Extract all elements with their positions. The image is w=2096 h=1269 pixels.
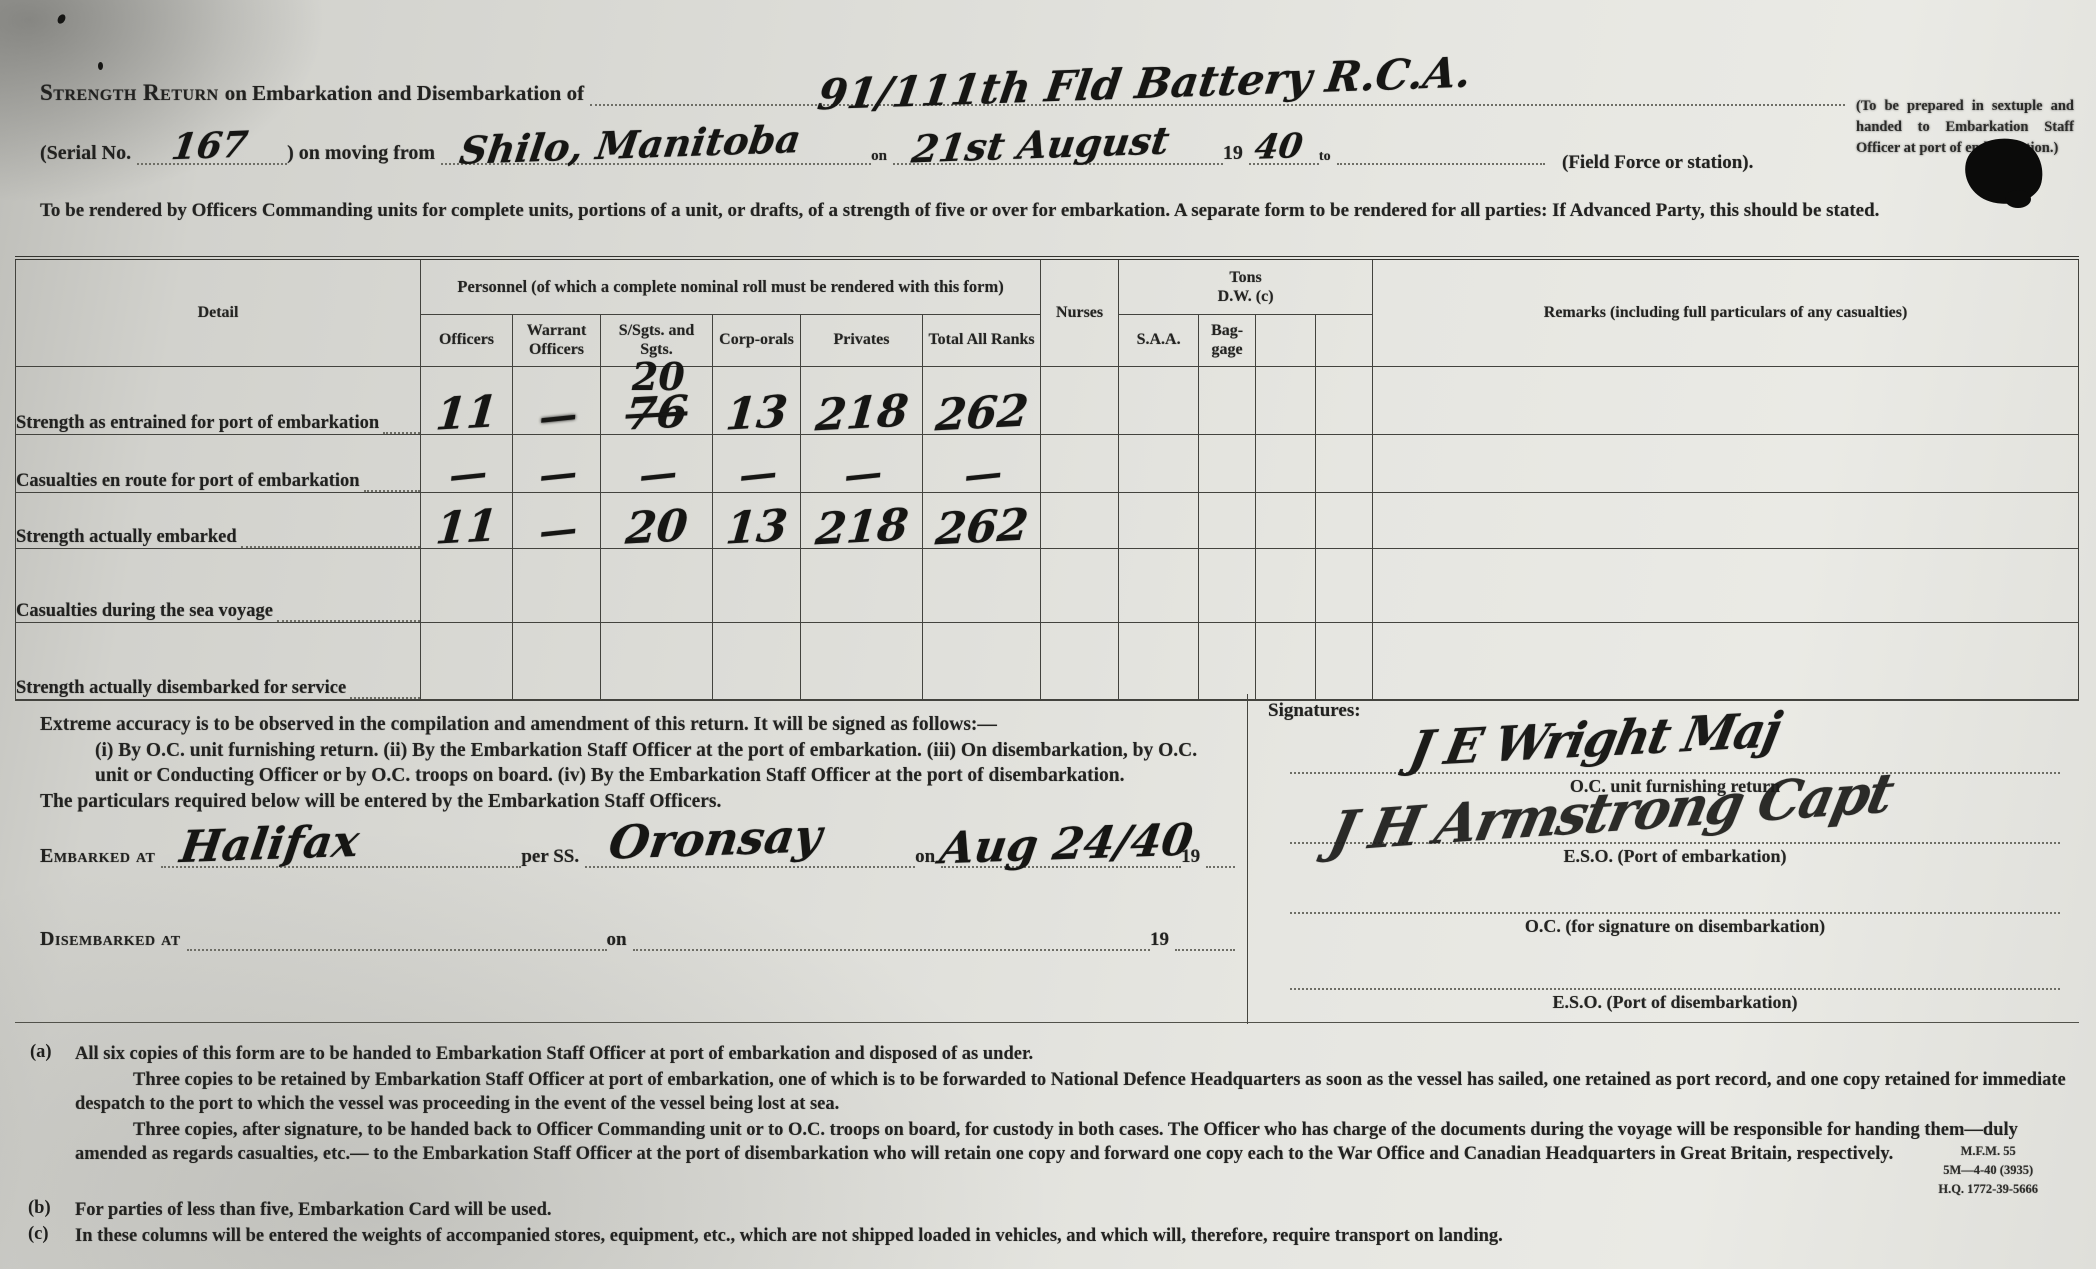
signature-oc-unit-handwritten: J E Wright Maj xyxy=(1405,702,1784,778)
disembarked-place-field xyxy=(187,941,607,951)
col-header-nurses: Nurses xyxy=(1041,258,1119,366)
unit-field: 91/111th Fld Battery R.C.A. xyxy=(590,96,1845,106)
ship-handwritten: Oronsay xyxy=(606,808,826,869)
signature-line-eso-disembark xyxy=(1290,988,2060,990)
cell-value: — xyxy=(537,399,576,433)
row-label: Strength actually embarked xyxy=(16,527,237,548)
col-header-warrant-officers: Warrant Officers xyxy=(513,314,601,366)
cell-value: — xyxy=(842,457,881,491)
row-label: Strength as entrained for port of embark… xyxy=(16,413,379,434)
cell-value: 13 xyxy=(724,392,789,435)
signatures-heading: Signatures: xyxy=(1268,700,1361,722)
signatures-divider xyxy=(1247,694,1248,1024)
col-header-detail: Detail xyxy=(16,258,421,366)
embarked-place-handwritten: Halifax xyxy=(177,816,362,873)
instructions-paragraph: To be rendered by Officers Commanding un… xyxy=(40,198,2070,224)
form-reference-numbers: M.F.M. 55 5M—4-40 (3935) H.Q. 1772-39-56… xyxy=(1938,1142,2038,1198)
disembarked-on-label: on xyxy=(607,929,633,951)
footnote-b-label: (b) xyxy=(28,1198,51,1219)
date-field: 21st August xyxy=(893,155,1223,165)
form-title-smallcaps: Strength Return xyxy=(40,80,225,106)
cell-value: 218 xyxy=(814,506,910,550)
cell-value: — xyxy=(537,513,576,547)
cell-value: — xyxy=(447,457,486,491)
ship-field: Oronsay xyxy=(585,858,915,868)
on-label: on xyxy=(871,148,893,165)
footnote-a-para1: Three copies to be retained by Embarkati… xyxy=(75,1068,2070,1117)
col-header-officers: Officers xyxy=(421,314,513,366)
disembarked-year-prefix: 19 xyxy=(1150,929,1175,951)
form-ref-3: H.Q. 1772-39-5666 xyxy=(1938,1180,2038,1199)
footnote-a-para2: Three copies, after signature, to be han… xyxy=(75,1118,2070,1167)
year-prefix: 19 xyxy=(1223,142,1249,165)
accuracy-paragraph: Extreme accuracy is to be observed in th… xyxy=(40,712,1235,815)
form-ref-1: M.F.M. 55 xyxy=(1938,1142,2038,1161)
disembarked-line: Disembarked at on 19 xyxy=(40,928,1235,951)
serial-label: (Serial No. xyxy=(40,142,137,165)
accuracy-line3: The particulars required below will be e… xyxy=(40,791,721,812)
scan-speck xyxy=(56,13,67,25)
per-ss-label: per SS. xyxy=(521,846,585,868)
disembarked-year-field xyxy=(1175,941,1235,951)
prep-note: (To be prepared in sextuple and handed t… xyxy=(1856,96,2074,159)
bottom-rule xyxy=(15,1022,2079,1023)
cell-value: 11 xyxy=(434,392,499,435)
signature-line-oc-disembark xyxy=(1290,912,2060,914)
accuracy-line2: (i) By O.C. unit furnishing return. (ii)… xyxy=(95,738,1235,789)
signature-label-oc-disembark: O.C. (for signature on disembarkation) xyxy=(1290,916,2060,937)
form-title-rest: on Embarkation and Disembarkation of xyxy=(225,81,590,106)
col-header-corporals: Corp-orals xyxy=(713,314,801,366)
col-header-tons-blank1 xyxy=(1256,314,1316,366)
embarked-at-label: Embarked at xyxy=(40,845,161,868)
year-handwritten: 40 xyxy=(1252,126,1305,168)
origin-field: Shilo, Manitoba xyxy=(441,155,871,165)
date-handwritten: 21st August xyxy=(909,118,1172,172)
footnote-a-text: All six copies of this form are to be ha… xyxy=(75,1042,2065,1066)
table-row: Strength actually embarked 11 — 20 13 21… xyxy=(16,492,2079,548)
row-label: Strength actually disembarked for servic… xyxy=(16,678,346,699)
cell-value: — xyxy=(537,457,576,491)
to-label: to xyxy=(1319,149,1337,165)
crossed-out-number: 76 xyxy=(624,392,689,435)
col-group-personnel: Personnel (of which a complete nominal r… xyxy=(421,258,1041,314)
cell-value: 11 xyxy=(434,506,499,549)
cell-value: 20 xyxy=(624,506,689,549)
scan-speck xyxy=(98,62,103,70)
footnote-c-label: (c) xyxy=(28,1224,49,1245)
col-header-saa: S.A.A. xyxy=(1119,314,1199,366)
table-row: Casualties en route for port of embarkat… xyxy=(16,434,2079,492)
col-group-tons: Tons D.W. (c) xyxy=(1119,258,1373,314)
serial-field: 167 xyxy=(137,155,287,165)
origin-handwritten: Shilo, Manitoba xyxy=(457,116,804,173)
destination-field xyxy=(1337,155,1545,165)
table-row: Strength as entrained for port of embark… xyxy=(16,366,2079,434)
cell-value: — xyxy=(637,457,676,491)
signature-label-eso-disembark: E.S.O. (Port of disembarkation) xyxy=(1290,992,2060,1013)
title-line: Strength Return on Embarkation and Disem… xyxy=(40,80,1845,106)
cell-value: 218 xyxy=(814,392,910,436)
disembarked-at-label: Disembarked at xyxy=(40,928,187,951)
field-force-label: (Field Force or station). xyxy=(1562,152,1753,174)
strength-table: Detail Personnel (of which a complete no… xyxy=(15,256,2079,701)
moving-from-label: ) on moving from xyxy=(287,142,441,165)
cell-value: 13 xyxy=(724,506,789,549)
col-header-total-all-ranks: Total All Ranks xyxy=(923,314,1041,366)
form-ref-2: 5M—4-40 (3935) xyxy=(1938,1161,2038,1180)
col-header-baggage: Bag-gage xyxy=(1199,314,1256,366)
serial-line: (Serial No. 167 ) on moving from Shilo, … xyxy=(40,142,1545,165)
footnote-b-text: For parties of less than five, Embarkati… xyxy=(75,1198,2065,1222)
cell-value: — xyxy=(737,457,776,491)
scanned-form-page: (To be prepared in sextuple and handed t… xyxy=(0,0,2096,1269)
col-header-tons-blank2 xyxy=(1316,314,1373,366)
serial-handwritten: 167 xyxy=(169,124,251,169)
embarked-line: Embarked at Halifax per SS. Oronsay on A… xyxy=(40,845,1235,868)
cell-value: — xyxy=(962,457,1001,491)
footnote-a-label: (a) xyxy=(30,1042,52,1063)
table-row: Casualties during the sea voyage xyxy=(16,548,2079,622)
row-label: Casualties en route for port of embarkat… xyxy=(16,471,360,492)
disembarked-date-field xyxy=(633,941,1150,951)
cell-corrected-value: 20 76 xyxy=(626,394,687,434)
cell-value: 262 xyxy=(934,392,1030,436)
embarked-date-field: Aug 24/40 xyxy=(941,858,1181,868)
cell-value: 262 xyxy=(934,506,1030,550)
embarked-place-field: Halifax xyxy=(161,858,521,868)
col-header-remarks: Remarks (including full particulars of a… xyxy=(1373,258,2079,366)
col-header-privates: Privates xyxy=(801,314,923,366)
unit-handwritten: 91/111th Fld Battery R.C.A. xyxy=(815,48,1475,120)
footnote-c-text: In these columns will be entered the wei… xyxy=(75,1224,2065,1248)
table-row: Strength actually disembarked for servic… xyxy=(16,622,2079,700)
embarked-date-handwritten: Aug 24/40 xyxy=(937,815,1196,875)
embarked-year-field xyxy=(1206,858,1235,868)
accuracy-line1: Extreme accuracy is to be observed in th… xyxy=(40,714,997,735)
row-label: Casualties during the sea voyage xyxy=(16,601,273,622)
year-field: 40 xyxy=(1249,155,1319,165)
